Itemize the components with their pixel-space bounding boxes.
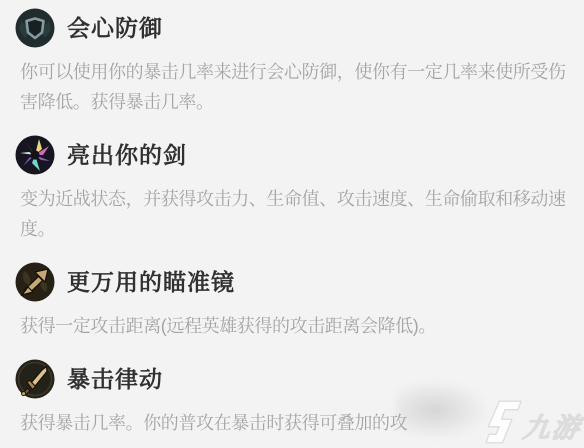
- ability-header: 亮出你的剑: [0, 135, 584, 175]
- crit-rhythm-icon: [15, 359, 55, 399]
- ability-title: 亮出你的剑: [67, 144, 187, 167]
- ability-title: 暴击律动: [67, 368, 163, 391]
- ability-section-crit-defense: 会心防御 你可以使用你的暴击几率来进行会心防御，使你有一定几率来使所受伤 害降低…: [0, 8, 584, 117]
- ability-title: 更万用的瞄准镜: [67, 271, 235, 294]
- ability-list: 会心防御 你可以使用你的暴击几率来进行会心防御，使你有一定几率来使所受伤 害降低…: [0, 0, 584, 438]
- description-line: 你可以使用你的暴击几率来进行会心防御，使你有一定几率来使所受伤: [20, 57, 584, 87]
- ability-description: 你可以使用你的暴击几率来进行会心防御，使你有一定几率来使所受伤 害降低。获得暴击…: [0, 57, 584, 117]
- 9game-logo-icon: [484, 400, 524, 444]
- ability-section-versatile-scope: 更万用的瞄准镜 获得一定攻击距离(远程英雄获得的攻击距离会降低)。: [0, 262, 584, 341]
- ability-description: 变为近战状态，并获得攻击力、生命值、攻击速度、生命偷取和移动速 度。: [0, 184, 584, 244]
- crit-defense-icon: [15, 8, 55, 48]
- description-line: 变为近战状态，并获得攻击力、生命值、攻击速度、生命偷取和移动速: [20, 184, 584, 214]
- versatile-scope-icon: [15, 262, 55, 302]
- ability-header: 更万用的瞄准镜: [0, 262, 584, 302]
- description-line: 获得一定攻击距离(远程英雄获得的攻击距离会降低)。: [20, 311, 584, 341]
- ability-header: 会心防御: [0, 8, 584, 48]
- ability-header: 暴击律动: [0, 359, 584, 399]
- watermark-text: 九游: [521, 415, 583, 444]
- ability-title: 会心防御: [67, 17, 163, 40]
- draw-your-sword-icon: [15, 135, 55, 175]
- watermark: 九游: [484, 400, 584, 444]
- ability-description: 获得一定攻击距离(远程英雄获得的攻击距离会降低)。: [0, 311, 584, 341]
- description-line: 度。: [20, 214, 584, 244]
- ability-section-draw-your-sword: 亮出你的剑 变为近战状态，并获得攻击力、生命值、攻击速度、生命偷取和移动速 度。: [0, 135, 584, 244]
- description-line: 害降低。获得暴击几率。: [20, 87, 584, 117]
